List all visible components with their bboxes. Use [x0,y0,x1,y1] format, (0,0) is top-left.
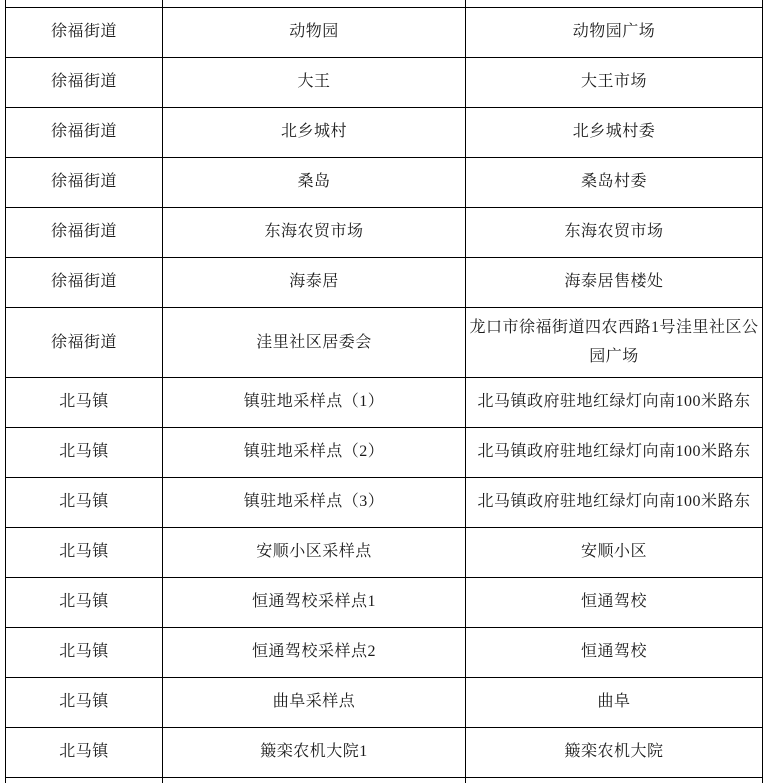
cell-site: 洼里社区居委会 [163,307,466,377]
cell-district: 徐福街道 [6,257,163,307]
cell-district: 北马镇 [6,527,163,577]
cell-district: 徐福街道 [6,307,163,377]
cell-address: 安顺小区 [466,527,763,577]
cell-site: 大王 [163,57,466,107]
cell-address: 曲阜 [466,677,763,727]
table-row: 徐福街道 洼里社区居委会 龙口市徐福街道四农西路1号洼里社区公园广场 [6,307,763,377]
cell-address: 大王市场 [466,57,763,107]
cell-address: 北马镇政府驻地红绿灯向南100米路东 [466,377,763,427]
table-row: 北马镇 恒通驾校采样点2 恒通驾校 [6,627,763,677]
cell-address: 动物园广场 [466,7,763,57]
cell-district: 北马镇 [6,677,163,727]
table-row: 徐福街道 东海农贸市场 东海农贸市场 [6,207,763,257]
cell-empty [163,777,466,783]
cell-site: 海泰居 [163,257,466,307]
cell-address: 东海农贸市场 [466,207,763,257]
cell-address: 北乡城村委 [466,107,763,157]
cell-district: 徐福街道 [6,7,163,57]
cell-empty [6,777,163,783]
cell-site: 镇驻地采样点（1） [163,377,466,427]
cell-site: 恒通驾校采样点1 [163,577,466,627]
cell-address: 龙口市徐福街道四农西路1号洼里社区公园广场 [466,307,763,377]
cell-site: 恒通驾校采样点2 [163,627,466,677]
sampling-points-table: 徐福街道 动物园 动物园广场 徐福街道 大王 大王市场 徐福街道 北乡城村 北乡… [5,0,763,783]
document-page: 徐福街道 动物园 动物园广场 徐福街道 大王 大王市场 徐福街道 北乡城村 北乡… [0,0,768,783]
cell-empty [466,777,763,783]
table-row: 北马镇 镇驻地采样点（3） 北马镇政府驻地红绿灯向南100米路东 [6,477,763,527]
cell-empty [6,0,163,7]
cell-site: 动物园 [163,7,466,57]
table-row: 北马镇 镇驻地采样点（2） 北马镇政府驻地红绿灯向南100米路东 [6,427,763,477]
table-row: 徐福街道 动物园 动物园广场 [6,7,763,57]
cell-district: 徐福街道 [6,107,163,157]
cell-empty [163,0,466,7]
cell-address: 海泰居售楼处 [466,257,763,307]
table-row: 北马镇 恒通驾校采样点1 恒通驾校 [6,577,763,627]
cell-address: 恒通驾校 [466,577,763,627]
cell-site: 桑岛 [163,157,466,207]
table-row: 北马镇 簸栾农机大院1 簸栾农机大院 [6,727,763,777]
table-row-partial-top [6,0,763,7]
cell-address: 簸栾农机大院 [466,727,763,777]
cell-district: 北马镇 [6,377,163,427]
cell-empty [466,0,763,7]
table-row: 徐福街道 大王 大王市场 [6,57,763,107]
cell-address: 北马镇政府驻地红绿灯向南100米路东 [466,427,763,477]
cell-site: 曲阜采样点 [163,677,466,727]
cell-district: 北马镇 [6,477,163,527]
cell-district: 北马镇 [6,627,163,677]
cell-site: 安顺小区采样点 [163,527,466,577]
cell-address: 北马镇政府驻地红绿灯向南100米路东 [466,477,763,527]
table-row: 北马镇 镇驻地采样点（1） 北马镇政府驻地红绿灯向南100米路东 [6,377,763,427]
cell-site: 镇驻地采样点（2） [163,427,466,477]
table-row: 北马镇 安顺小区采样点 安顺小区 [6,527,763,577]
table-row-partial-bottom [6,777,763,783]
cell-district: 北马镇 [6,577,163,627]
cell-district: 徐福街道 [6,157,163,207]
cell-site: 北乡城村 [163,107,466,157]
cell-district: 北马镇 [6,427,163,477]
cell-address: 恒通驾校 [466,627,763,677]
table-row: 徐福街道 海泰居 海泰居售楼处 [6,257,763,307]
table-row: 徐福街道 北乡城村 北乡城村委 [6,107,763,157]
cell-site: 镇驻地采样点（3） [163,477,466,527]
table-row: 徐福街道 桑岛 桑岛村委 [6,157,763,207]
table-row: 北马镇 曲阜采样点 曲阜 [6,677,763,727]
cell-site: 东海农贸市场 [163,207,466,257]
cell-district: 徐福街道 [6,57,163,107]
cell-address: 桑岛村委 [466,157,763,207]
cell-district: 徐福街道 [6,207,163,257]
cell-district: 北马镇 [6,727,163,777]
cell-site: 簸栾农机大院1 [163,727,466,777]
